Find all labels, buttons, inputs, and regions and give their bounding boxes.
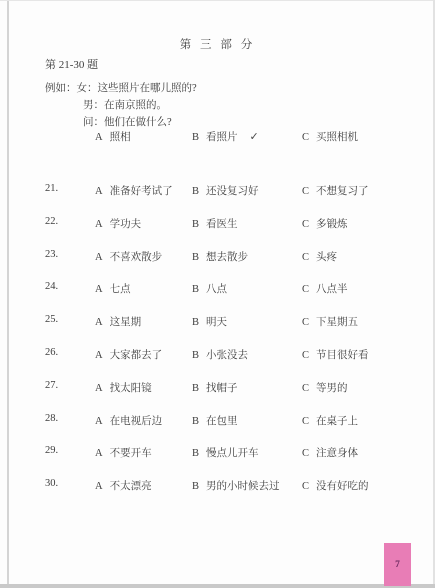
option-letter-b: B (192, 416, 199, 427)
option-text: 八点 (206, 284, 227, 295)
question-number: 26. (45, 347, 95, 358)
example-option-c: C买照相机 (302, 129, 427, 144)
option-letter-a: A (95, 350, 103, 361)
option-text: 看照片 (206, 132, 238, 143)
option-letter-c: C (302, 132, 309, 143)
question-row-24: 24. A七点 B八点 C八点半 (45, 281, 427, 314)
option-letter-a: A (95, 448, 103, 459)
option-text: 这星期 (110, 317, 142, 328)
example-option-a: A照相 (95, 129, 192, 144)
option-letter-c: C (302, 317, 309, 328)
option-a: A在电视后边 (95, 413, 192, 428)
option-b: B八点 (192, 281, 302, 296)
option-b: B想去散步 (192, 249, 302, 264)
question-number: 22. (45, 216, 95, 227)
option-letter-a: A (95, 132, 103, 143)
option-c: C注意身体 (302, 445, 427, 460)
option-text: 节目很好看 (316, 350, 369, 361)
option-text: 在电视后边 (110, 416, 163, 427)
question-number: 30. (45, 478, 95, 489)
option-letter-c: C (302, 350, 309, 361)
option-c: C在桌子上 (302, 413, 427, 428)
option-text: 看医生 (206, 219, 238, 230)
scanned-test-page: 第 三 部 分 第 21-30 题 例如：女：这些照片在哪儿照的? 男：在南京照… (0, 0, 435, 588)
option-text: 买照相机 (316, 132, 358, 143)
option-b: B还没复习好 (192, 183, 302, 198)
checkmark-icon: ✓ (250, 131, 259, 143)
option-c: C不想复习了 (302, 183, 427, 198)
page-edge-bottom (0, 584, 435, 588)
option-b: B小张没去 (192, 347, 302, 362)
example-line-2: 男：在南京照的。 (83, 97, 197, 114)
option-text: 头疼 (316, 252, 337, 263)
option-letter-a: A (95, 383, 103, 394)
option-a: A大家都去了 (95, 347, 192, 362)
option-letter-c: C (302, 284, 309, 295)
question-row-21: 21. A准备好考试了 B还没复习好 C不想复习了 (45, 183, 427, 216)
option-b: B明天 (192, 314, 302, 329)
option-text: 准备好考试了 (110, 186, 173, 197)
option-text: 七点 (110, 284, 131, 295)
option-letter-c: C (302, 383, 309, 394)
option-c: C节目很好看 (302, 347, 427, 362)
page-number: 7 (395, 560, 400, 570)
option-a: A不喜欢散步 (95, 249, 192, 264)
question-row-23: 23. A不喜欢散步 B想去散步 C头疼 (45, 249, 427, 282)
question-row-26: 26. A大家都去了 B小张没去 C节目很好看 (45, 347, 427, 380)
question-row-28: 28. A在电视后边 B在包里 C在桌子上 (45, 413, 427, 446)
option-letter-c: C (302, 252, 309, 263)
option-b: B慢点儿开车 (192, 445, 302, 460)
option-a: A这星期 (95, 314, 192, 329)
option-a: A准备好考试了 (95, 183, 192, 198)
option-text: 等男的 (316, 383, 348, 394)
option-letter-b: B (192, 284, 199, 295)
option-letter-b: B (192, 317, 199, 328)
option-a: A找太阳镜 (95, 380, 192, 395)
option-a: A七点 (95, 281, 192, 296)
question-row-22: 22. A学功夫 B看医生 C多锻炼 (45, 216, 427, 249)
section-title: 第 三 部 分 (0, 36, 435, 52)
question-number: 23. (45, 249, 95, 260)
option-text: 学功夫 (110, 219, 142, 230)
option-letter-a: A (95, 252, 103, 263)
option-c: C等男的 (302, 380, 427, 395)
option-text: 不太漂亮 (110, 481, 152, 492)
option-text: 不喜欢散步 (110, 252, 163, 263)
example-block: 例如：女：这些照片在哪儿照的? 男：在南京照的。 问：他们在做什么? (45, 80, 197, 131)
option-text: 不要开车 (110, 448, 152, 459)
page-edge-left (7, 0, 9, 588)
option-text: 大家都去了 (110, 350, 163, 361)
question-row-30: 30. A不太漂亮 B男的小时候去过 C没有好吃的 (45, 478, 427, 511)
option-letter-c: C (302, 219, 309, 230)
option-text: 明天 (206, 317, 227, 328)
option-letter-c: C (302, 416, 309, 427)
option-b: B看医生 (192, 216, 302, 231)
option-text: 下星期五 (316, 317, 358, 328)
page-edge-top (0, 0, 435, 1)
option-text: 小张没去 (206, 350, 248, 361)
example-options-row: A照相 B看照片✓ C买照相机 (45, 129, 427, 144)
option-c: C头疼 (302, 249, 427, 264)
option-text: 八点半 (316, 284, 348, 295)
question-row-27: 27. A找太阳镜 B找帽子 C等男的 (45, 380, 427, 413)
option-text: 慢点儿开车 (206, 448, 259, 459)
option-letter-b: B (192, 132, 199, 143)
option-text: 多锻炼 (316, 219, 348, 230)
option-letter-b: B (192, 219, 199, 230)
option-letter-b: B (192, 350, 199, 361)
example-question-line: 问：他们在做什么? (83, 117, 172, 128)
example-line-1: 例如：女：这些照片在哪儿照的? (45, 80, 197, 97)
question-number: 27. (45, 380, 95, 391)
option-letter-a: A (95, 416, 103, 427)
question-number: 28. (45, 413, 95, 424)
option-b: B男的小时候去过 (192, 478, 302, 493)
option-text: 找帽子 (206, 383, 238, 394)
example-man-line: 男：在南京照的。 (83, 100, 167, 111)
option-letter-c: C (302, 481, 309, 492)
option-letter-b: B (192, 383, 199, 394)
option-text: 注意身体 (316, 448, 358, 459)
option-letter-b: B (192, 186, 199, 197)
option-letter-b: B (192, 448, 199, 459)
example-label: 例如： (45, 80, 77, 97)
option-a: A不要开车 (95, 445, 192, 460)
question-number: 21. (45, 183, 95, 194)
question-number: 29. (45, 445, 95, 456)
option-text: 没有好吃的 (316, 481, 369, 492)
example-option-b: B看照片✓ (192, 129, 302, 144)
option-text: 照相 (110, 132, 131, 143)
question-range: 第 21-30 题 (45, 56, 98, 72)
option-b: B在包里 (192, 413, 302, 428)
option-letter-a: A (95, 481, 103, 492)
option-text: 在桌子上 (316, 416, 358, 427)
option-c: C没有好吃的 (302, 478, 427, 493)
question-row-25: 25. A这星期 B明天 C下星期五 (45, 314, 427, 347)
option-c: C八点半 (302, 281, 427, 296)
option-letter-b: B (192, 252, 199, 263)
option-letter-c: C (302, 186, 309, 197)
option-letter-a: A (95, 317, 103, 328)
option-text: 找太阳镜 (110, 383, 152, 394)
option-c: C多锻炼 (302, 216, 427, 231)
option-c: C下星期五 (302, 314, 427, 329)
question-number: 24. (45, 281, 95, 292)
option-text: 在包里 (206, 416, 238, 427)
option-letter-a: A (95, 219, 103, 230)
option-a: A学功夫 (95, 216, 192, 231)
option-text: 还没复习好 (206, 186, 259, 197)
option-text: 男的小时候去过 (206, 481, 280, 492)
questions-list: 21. A准备好考试了 B还没复习好 C不想复习了 22. A学功夫 B看医生 … (45, 183, 427, 511)
question-row-29: 29. A不要开车 B慢点儿开车 C注意身体 (45, 445, 427, 478)
option-text: 想去散步 (206, 252, 248, 263)
option-b: B找帽子 (192, 380, 302, 395)
option-a: A不太漂亮 (95, 478, 192, 493)
page-number-tab: 7 (384, 543, 411, 586)
option-letter-a: A (95, 186, 103, 197)
example-woman-line: 女：这些照片在哪儿照的? (77, 83, 197, 94)
option-letter-c: C (302, 448, 309, 459)
question-number: 25. (45, 314, 95, 325)
option-letter-a: A (95, 284, 103, 295)
option-text: 不想复习了 (316, 186, 369, 197)
option-letter-b: B (192, 481, 199, 492)
